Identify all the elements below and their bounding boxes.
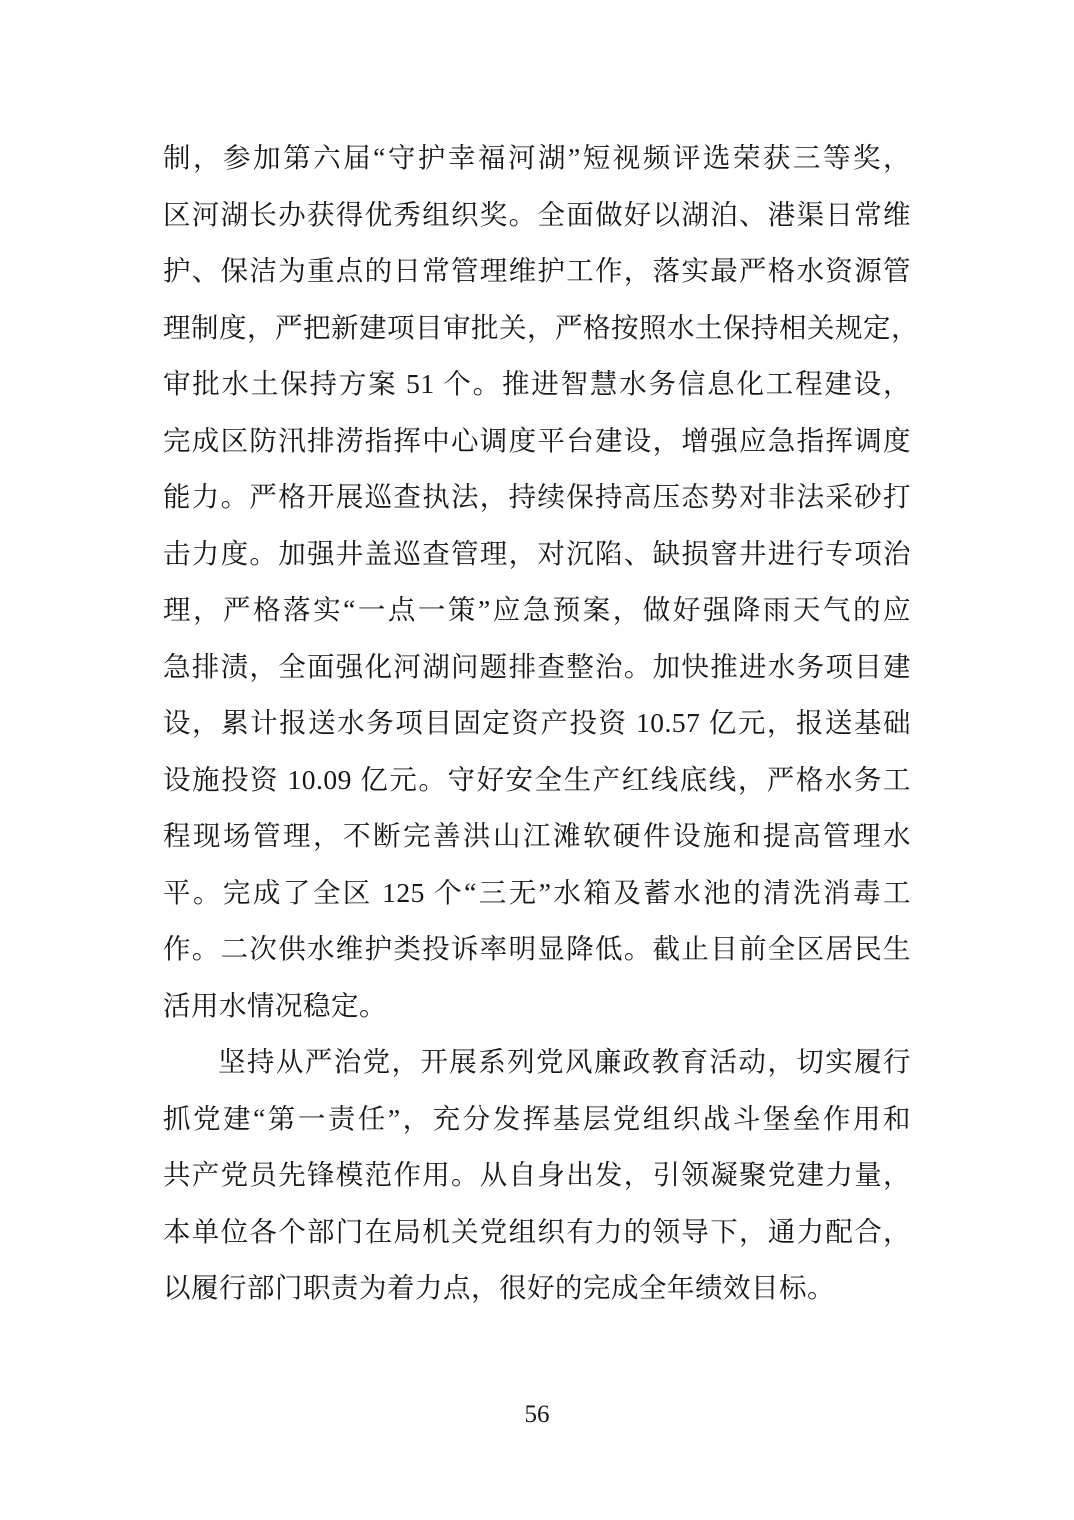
document-page: 制，参加第六届“守护幸福河湖”短视频评选荣获三等奖，区河湖长办获得优秀组织奖。全… — [0, 0, 1074, 1520]
text-line: 区河湖长办获得优秀组织奖。全面做好以湖泊、港渠日常维 — [163, 187, 911, 244]
text-line: 抓党建“第一责任”，充分发挥基层党组织战斗堡垒作用和 — [163, 1091, 911, 1148]
text-line: 能力。严格开展巡查执法，持续保持高压态势对非法采砂打 — [163, 469, 911, 526]
text-line: 急排渍，全面强化河湖问题排查整治。加快推进水务项目建 — [163, 639, 911, 696]
text-line: 程现场管理，不断完善洪山江滩软硬件设施和提高管理水 — [163, 808, 911, 865]
text-line: 设，累计报送水务项目固定资产投资 10.57 亿元，报送基础 — [163, 695, 911, 752]
text-line: 完成区防汛排涝指挥中心调度平台建设，增强应急指挥调度 — [163, 413, 911, 470]
text-line: 活用水情况稳定。 — [163, 978, 911, 1035]
text-line: 击力度。加强井盖巡查管理，对沉陷、缺损窨井进行专项治 — [163, 526, 911, 583]
text-line: 制，参加第六届“守护幸福河湖”短视频评选荣获三等奖， — [163, 130, 911, 187]
text-line: 护、保洁为重点的日常管理维护工作，落实最严格水资源管 — [163, 243, 911, 300]
text-block: 制，参加第六届“守护幸福河湖”短视频评选荣获三等奖，区河湖长办获得优秀组织奖。全… — [163, 130, 911, 1317]
text-line: 平。完成了全区 125 个“三无”水箱及蓄水池的清洗消毒工 — [163, 865, 911, 922]
text-line: 设施投资 10.09 亿元。守好安全生产红线底线，严格水务工 — [163, 752, 911, 809]
text-line: 共产党员先锋模范作用。从自身出发，引领凝聚党建力量， — [163, 1147, 911, 1204]
text-line: 理，严格落实“一点一策”应急预案，做好强降雨天气的应 — [163, 582, 911, 639]
text-line: 审批水土保持方案 51 个。推进智慧水务信息化工程建设， — [163, 356, 911, 413]
text-line: 本单位各个部门在局机关党组织有力的领导下，通力配合， — [163, 1204, 911, 1261]
page-number: 56 — [0, 1398, 1074, 1432]
text-line: 坚持从严治党，开展系列党风廉政教育活动，切实履行 — [163, 1034, 911, 1091]
paragraph-1: 制，参加第六届“守护幸福河湖”短视频评选荣获三等奖，区河湖长办获得优秀组织奖。全… — [163, 130, 911, 1034]
text-line: 作。二次供水维护类投诉率明显降低。截止目前全区居民生 — [163, 921, 911, 978]
text-line: 以履行部门职责为着力点，很好的完成全年绩效目标。 — [163, 1260, 911, 1317]
text-line: 理制度，严把新建项目审批关，严格按照水土保持相关规定， — [163, 300, 911, 357]
paragraph-2: 坚持从严治党，开展系列党风廉政教育活动，切实履行抓党建“第一责任”，充分发挥基层… — [163, 1034, 911, 1317]
